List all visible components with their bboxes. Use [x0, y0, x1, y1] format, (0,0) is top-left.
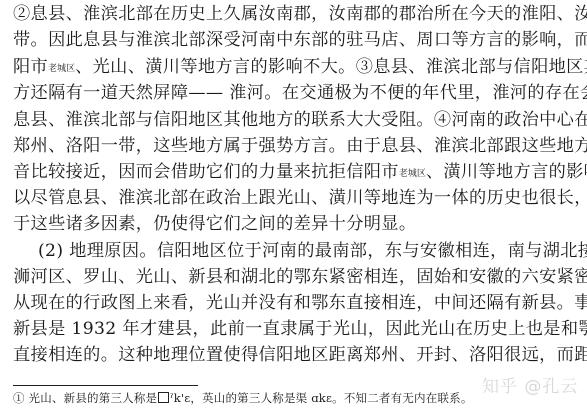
text-segment: 阳市 [13, 57, 48, 77]
text-line: 音比较接近，因而会借助它们的力量来抗拒信阳市老城区、潢川等地方言的影响。所 [13, 161, 578, 183]
small-annotation: 老城区 [399, 169, 426, 179]
footnote: ① 光山、新县的第三人称是ˀk'ε，英山的第三人称是渠 ɑkε。不知二者有无内在… [13, 391, 413, 405]
watermark: 知乎 @孔云 [482, 372, 578, 397]
missing-glyph-box-icon [158, 392, 169, 403]
text-segment: 音比较接近，因而会借助它们的力量来抗拒信阳市 [13, 162, 399, 182]
text-line: ②息县、淮滨北部在历史上久属汝南郡，汝南郡的郡治所在今天的淮阳、汝南一 [13, 3, 578, 25]
document-page: ②息县、淮滨北部在历史上久属汝南郡，汝南郡的郡治所在今天的淮阳、汝南一 带。因此… [0, 0, 587, 409]
text-line: 郑州、洛阳一带，这些地方属于强势方言。由于息县、淮滨北部跟这些地方的语 [13, 135, 578, 157]
footnote-marker: ① [13, 391, 25, 405]
text-line: 息县、淮滨北部与信阳地区其他地方的联系大大受阻。④河南的政治中心在开封、 [13, 109, 578, 131]
text-segment: 、潢川等地方言的影响。所 [426, 162, 587, 182]
text-line: 方还隔有一道天然屏障—— 淮河。在交通极为不便的年代里，淮河的存在会使得 [13, 82, 578, 104]
text-line: 新县是 1932 年才建县，此前一直隶属于光山，因此光山在历史上也是和鄂东地区 [13, 318, 578, 340]
text-line: 以尽管息县、淮滨北部在政治上跟光山、潢川等地连为一体的历史也很长，但由 [13, 187, 578, 209]
footnote-divider [13, 385, 198, 386]
footnote-text: 光山、新县的第三人称是 [25, 391, 158, 405]
text-line: 阳市老城区、光山、潢川等地方言的影响不大。③息县、淮滨北部与信阳地区其他地 [13, 56, 578, 78]
footnote-text: ˀk'ε，英山的第三人称是渠 ɑkε。不知二者有无内在联系。 [170, 391, 472, 405]
text-line: 于这些诸多因素，仍使得它们之间的差异十分明显。 [13, 213, 578, 235]
text-line: 从现在的行政图上来看，光山并没有和鄂东直接相连，中间还隔有新县。事实上， [13, 292, 578, 314]
text-line: 直接相连的。这种地理位置使得信阳地区距离郑州、开封、洛阳很远，而距离武 [13, 344, 578, 366]
section-heading-line: (2) 地理原因。信阳地区位于河南的最南部，东与安徽相连，南与湖北接壤。 [38, 240, 578, 262]
text-segment: 、光山、潢川等地方言的影响不大。③息县、淮滨北部与信阳地区其他地 [75, 57, 587, 77]
text-line: 浉河区、罗山、光山、新县和湖北的鄂东紧密相连，固始和安徽的六安紧密相连。 [13, 266, 578, 288]
text-line: 带。因此息县与淮滨北部深受河南中东部的驻马店、周口等方言的影响，而受信 [13, 29, 578, 51]
small-annotation: 老城区 [48, 64, 75, 74]
